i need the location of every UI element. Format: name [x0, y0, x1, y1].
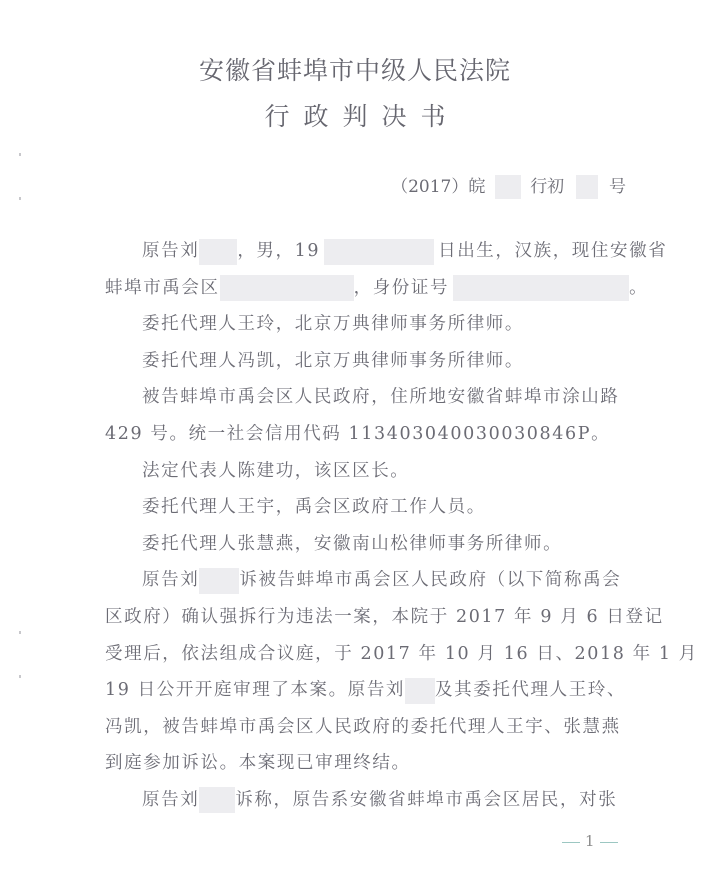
page-number-value: 1: [585, 832, 595, 850]
text-run: 诉称，原告系安徽省蚌埠市禹会区居民，对张: [235, 790, 617, 810]
redaction-box: [405, 678, 435, 704]
plaintiff-line-2: 蚌埠市禹会区，身份证号。: [105, 270, 635, 307]
plaintiff-line-1: 原告刘，男，19日出生，汉族，现住安徽省: [105, 233, 635, 270]
agent-wang-yu: 委托代理人王宇，禹会区政府工作人员。: [105, 489, 635, 526]
text-run: ，身份证号: [354, 278, 450, 298]
page-dash-left: [562, 842, 580, 843]
case-para-line-3: 受理后，依法组成合议庭，于 2017 年 10 月 16 日、2018 年 1 …: [105, 636, 635, 673]
case-para-line-2: 区政府）确认强拆行为违法一案，本院于 2017 年 9 月 6 日登记: [105, 599, 635, 636]
page-number: 1: [557, 832, 623, 850]
case-number: （2017）皖 行初 号: [391, 175, 626, 199]
text-run: 19 日公开开庭审理了本案。原告刘: [105, 680, 405, 700]
case-number-prefix: （2017）皖: [391, 177, 485, 197]
text-run: 日出生，汉族，现住安徽省: [438, 241, 667, 261]
court-name: 安徽省蚌埠市中级人民法院: [0, 56, 710, 86]
case-number-middle: 行初: [530, 177, 564, 197]
case-para-line-5: 冯凯，被告蚌埠市禹会区人民政府的委托代理人王宇、张慧燕: [105, 709, 635, 746]
redaction-box: [220, 275, 354, 301]
scan-speck: [19, 197, 21, 200]
scan-speck: [19, 153, 21, 156]
redaction-box: [324, 239, 434, 265]
text-run: 诉被告蚌埠市禹会区人民政府（以下简称禹会: [239, 571, 621, 591]
case-para-line-1: 原告刘诉被告蚌埠市禹会区人民政府（以下简称禹会: [105, 562, 635, 599]
redaction-box: [199, 239, 237, 265]
redaction-box: [199, 568, 239, 594]
defendant-line-1: 被告蚌埠市禹会区人民政府，住所地安徽省蚌埠市涂山路: [105, 379, 635, 416]
redaction-box: [576, 175, 598, 199]
case-number-suffix: 号: [609, 177, 626, 197]
redaction-box: [199, 787, 235, 813]
text-run: 蚌埠市禹会区: [105, 278, 220, 298]
text-run: ，男，19: [237, 241, 320, 261]
redaction-box: [495, 175, 521, 199]
text-run: 原告刘: [142, 241, 199, 261]
text-run: 。: [629, 278, 648, 298]
document-type-title: 行政判决书: [0, 102, 710, 132]
redaction-box: [453, 275, 629, 301]
agent-wang-ling: 委托代理人王玲，北京万典律师事务所律师。: [105, 306, 635, 343]
text-run: 原告刘: [142, 790, 199, 810]
agent-feng-kai: 委托代理人冯凯，北京万典律师事务所律师。: [105, 343, 635, 380]
case-para-line-6: 到庭参加诉讼。本案现已审理终结。: [105, 745, 635, 782]
legal-representative: 法定代表人陈建功，该区区长。: [105, 453, 635, 490]
case-para-line-4: 19 日公开开庭审理了本案。原告刘及其委托代理人王玲、: [105, 672, 635, 709]
document-page: 安徽省蚌埠市中级人民法院 行政判决书 （2017）皖 行初 号 原告刘，男，19…: [0, 0, 710, 894]
page-dash-right: [600, 842, 618, 843]
agent-zhang-huiyan: 委托代理人张慧燕，安徽南山松律师事务所律师。: [105, 526, 635, 563]
text-run: 及其委托代理人王玲、: [435, 680, 626, 700]
scan-speck: [19, 631, 21, 634]
document-body: 原告刘，男，19日出生，汉族，现住安徽省 蚌埠市禹会区，身份证号。 委托代理人王…: [105, 233, 635, 819]
scan-speck: [19, 675, 21, 678]
defendant-line-2: 429 号。统一社会信用代码 113403040030030846P。: [105, 416, 635, 453]
text-run: 原告刘: [142, 571, 199, 591]
claim-para-line-1: 原告刘诉称，原告系安徽省蚌埠市禹会区居民，对张: [105, 782, 635, 819]
